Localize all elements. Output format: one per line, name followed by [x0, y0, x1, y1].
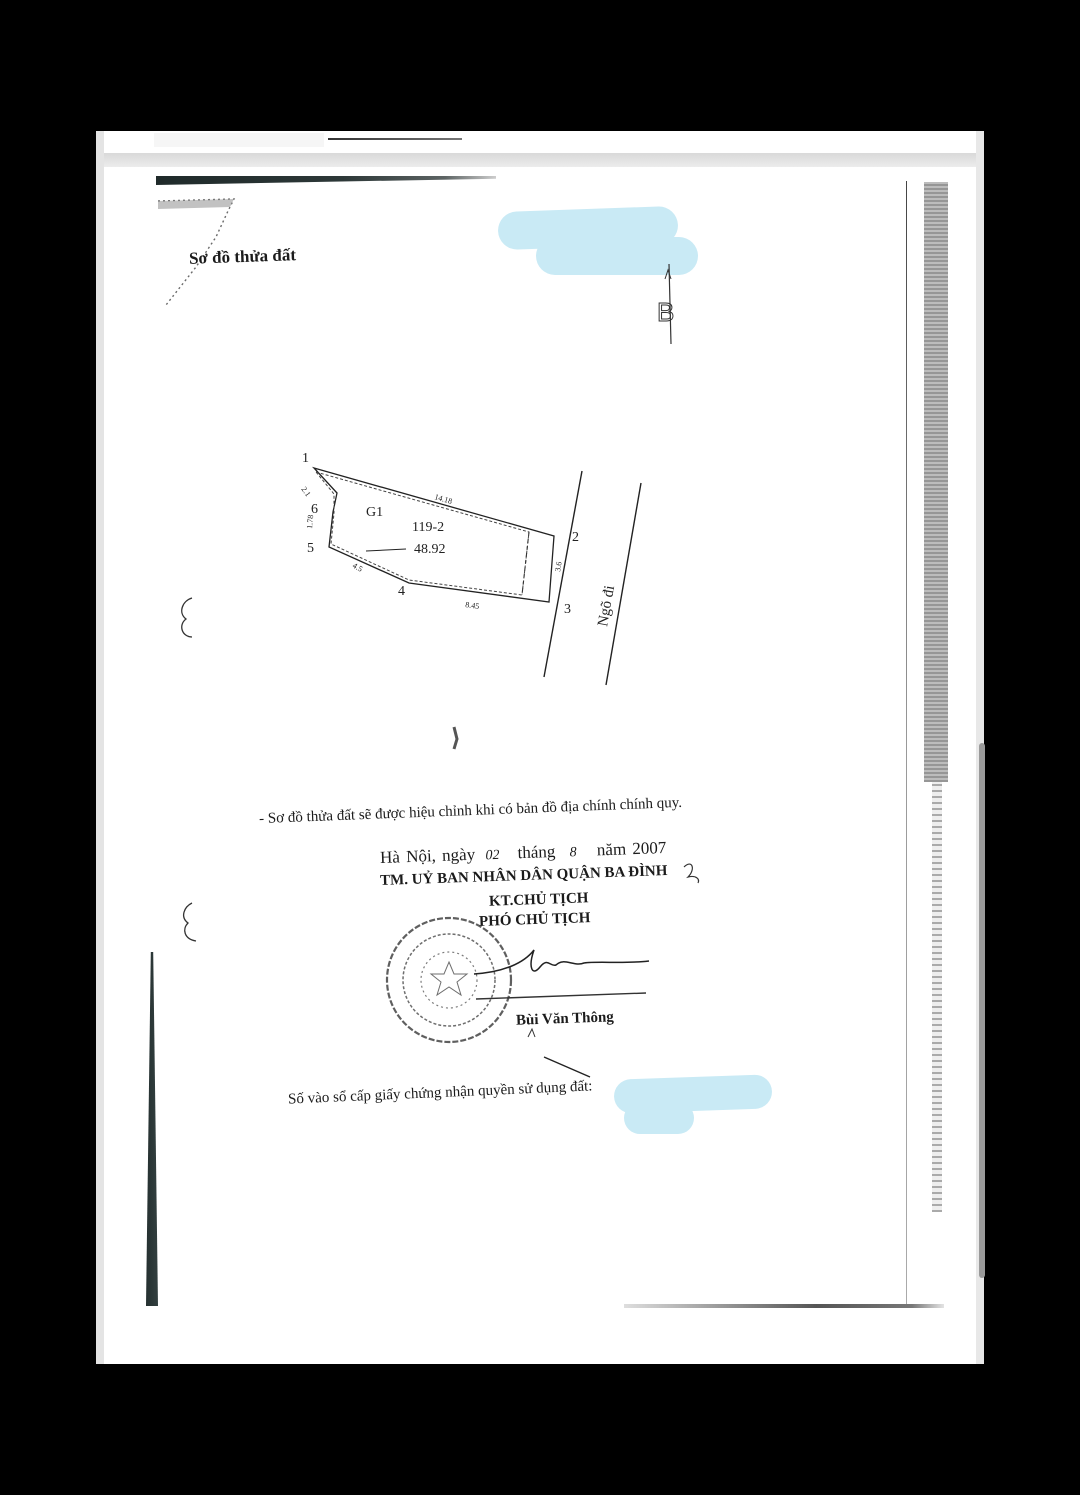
page-separator: [104, 153, 976, 167]
north-arrow-icon: B: [657, 264, 674, 344]
scrollbar-thumb[interactable]: [979, 743, 985, 1278]
road-edge-line-2: [606, 483, 641, 685]
svg-text:119-2: 119-2: [412, 520, 444, 535]
drawing-layer: B Ngõ đi 1 2 3 4 5 6 14.18: [104, 167, 976, 1364]
official-seal: [387, 918, 511, 1042]
previous-page-line: [328, 138, 462, 140]
previous-page-fragment: [154, 133, 324, 147]
svg-text:6: 6: [311, 502, 318, 517]
land-parcel-diagram: [314, 468, 554, 602]
svg-text:G1: G1: [366, 505, 383, 520]
date-month: 8: [569, 845, 577, 860]
scanned-page: Sơ đồ thửa đất B Ngõ đi: [104, 167, 976, 1364]
svg-text:2: 2: [572, 530, 579, 545]
svg-text:B: B: [657, 297, 674, 327]
previous-page-bottom: [104, 131, 976, 153]
svg-text:3: 3: [564, 602, 571, 617]
svg-text:1.78: 1.78: [305, 514, 315, 529]
svg-text:5: 5: [307, 541, 314, 556]
road-edge-line-1: [544, 471, 582, 677]
svg-text:8.45: 8.45: [465, 600, 480, 611]
svg-text:3.6: 3.6: [553, 561, 564, 572]
date-month-label: tháng: [517, 842, 555, 862]
date-year: năm 2007: [597, 838, 667, 859]
svg-text:4: 4: [398, 584, 405, 599]
svg-text:14.18: 14.18: [433, 492, 453, 506]
viewer-left-edge: [96, 131, 104, 1364]
document-viewer: Sơ đồ thửa đất B Ngõ đi: [96, 131, 984, 1364]
svg-text:1: 1: [302, 451, 309, 466]
signer-name: Bùi Văn Thông: [516, 1009, 614, 1029]
svg-text:48.92: 48.92: [414, 542, 446, 557]
date-place: Hà Nội, ngày: [380, 845, 476, 867]
svg-text:4.5: 4.5: [351, 561, 364, 574]
date-day: 02: [485, 848, 500, 863]
svg-text:2.1: 2.1: [299, 485, 312, 498]
signer-title-1: KT.CHỦ TỊCH: [489, 890, 589, 910]
svg-text:Ngõ đi: Ngõ đi: [595, 584, 618, 627]
